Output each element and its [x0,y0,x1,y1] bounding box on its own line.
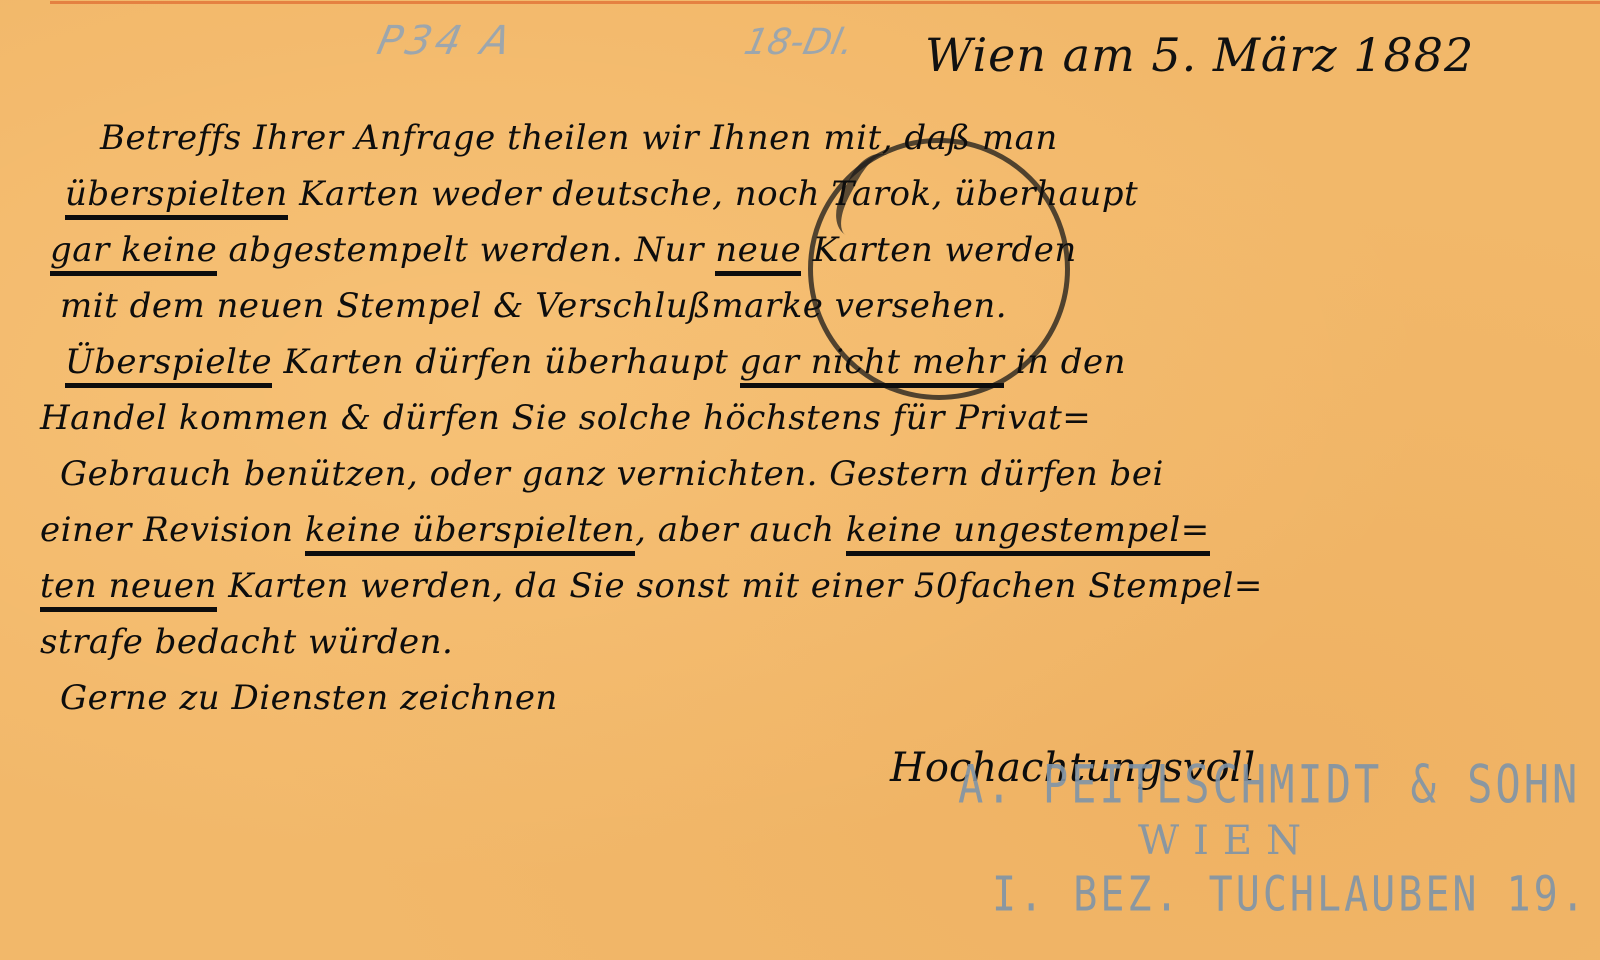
underlined-phrase: keine überspielten [305,510,635,556]
dateline: Wien am 5. März 1882 [925,28,1474,82]
top-border-rule [50,1,1600,4]
firm-stamp-city: WIEN [1138,818,1315,864]
pencil-date-note: 18-Dl. [741,22,858,63]
underlined-phrase: gar keine [50,230,217,276]
letter-text: Karten werden, da Sie sonst mit einer 50… [217,566,1263,606]
letter-text: Nur [635,230,716,270]
letter-text: in den [1004,342,1126,382]
letter-text: Karten werden [801,230,1076,270]
letter-text: Karten dürfen überhaupt [272,342,739,382]
letter-line: mit dem neuen Stempel & Verschlußmarke v… [20,286,1580,342]
letter-text: Betreffs Ihrer Anfrage theilen wir Ihnen… [100,118,1058,158]
letter-text: Gebrauch benützen, oder ganz vernichten.… [60,454,1164,494]
underlined-phrase: ten neuen [40,566,217,612]
letter-body: Betreffs Ihrer Anfrage theilen wir Ihnen… [20,118,1580,734]
underlined-phrase: gar nicht mehr [740,342,1005,388]
letter-text: strafe bedacht würden. [40,622,453,662]
firm-stamp-address: I. BEZ. TUCHLAUBEN 19. [992,867,1588,922]
letter-line: ten neuen Karten werden, da Sie sonst mi… [20,566,1580,622]
letter-text: abgestempelt werden. [217,230,634,270]
underlined-phrase: neue [715,230,801,276]
letter-line: Gebrauch benützen, oder ganz vernichten.… [20,454,1580,510]
letter-text: mit dem neuen Stempel & Verschlußmarke v… [60,286,1007,326]
letter-text: , aber auch [635,510,846,550]
letter-line: überspielten Karten weder deutsche, noch… [20,174,1580,230]
letter-line: Gerne zu Diensten zeichnen [20,678,1580,734]
letter-line: Betreffs Ihrer Anfrage theilen wir Ihnen… [20,118,1580,174]
letter-line: einer Revision keine überspielten, aber … [20,510,1580,566]
letter-line: Handel kommen & dürfen Sie solche höchst… [20,398,1580,454]
underlined-phrase: überspielten [65,174,288,220]
pencil-reference-note: P34 A [373,18,518,64]
letter-text: Handel kommen & dürfen Sie solche höchst… [40,398,1091,438]
letter-text: Gerne zu Diensten zeichnen [60,678,569,718]
firm-stamp-name: A. PEITLSCHMIDT & SOHN [958,754,1580,815]
letter-text: Karten weder deutsche, noch Tarok, überh… [288,174,1138,214]
letter-line: Überspielte Karten dürfen überhaupt gar … [20,342,1580,398]
underlined-phrase: Überspielte [65,342,272,388]
letter-text: einer Revision [40,510,305,550]
postcard: P34 A 18-Dl. Wien am 5. März 1882 Betref… [0,0,1600,960]
letter-line: strafe bedacht würden. [20,622,1580,678]
underlined-phrase: keine ungestempel= [846,510,1210,556]
letter-line: gar keine abgestempelt werden. Nur neue … [20,230,1580,286]
